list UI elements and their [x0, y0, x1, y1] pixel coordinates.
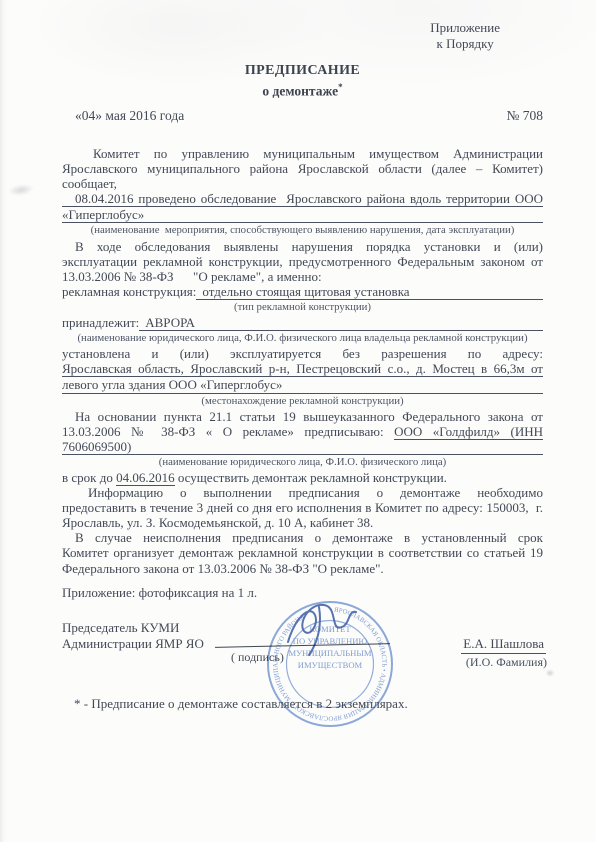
order-line2-text: 13.03.2006 № 38-ФЗ « О рекламе» предписы… — [62, 424, 394, 439]
owner-label: принадлежит: — [62, 315, 139, 331]
deadline-post: осуществить демонтаж рекламной конструкц… — [175, 470, 447, 485]
info-line1: Информацию о выполнении предписания о де… — [62, 485, 543, 500]
title-block: ПРЕДПИСАНИЕ о демонтаже* — [62, 63, 543, 100]
stamp-center-line: КОМИТЕТ — [309, 624, 351, 634]
official-title-line1: Председатель КУМИ — [62, 620, 204, 636]
survey-field-line1: 08.04.2016 проведено обследование Яросла… — [62, 191, 543, 207]
footnote: * - Предписание о демонтаже составляется… — [74, 696, 408, 712]
order-line2: 13.03.2006 № 38-ФЗ « О рекламе» предписы… — [62, 424, 543, 439]
paragraph-committee-line3: сообщает, — [62, 176, 543, 191]
subtitle-text: о демонтаже — [262, 84, 338, 99]
official-title-line2: Администрации ЯМР ЯО — [62, 636, 204, 652]
stamp-center-text: КОМИТЕТ ПО УПРАВЛЕНИЮ МУНИЦИПАЛЬНЫМ ИМУЩ… — [288, 624, 371, 670]
stamp-center-line: МУНИЦИПАЛЬНЫМ — [288, 648, 371, 658]
construction-label: рекламная конструкция: — [62, 284, 196, 300]
scan-smudge — [3, 181, 39, 200]
violation-line2: эксплуатации рекламной конструкции, пред… — [62, 254, 543, 269]
construction-caption: (тип рекламной конструкции) — [62, 300, 543, 315]
stamp-center-line: ИМУЩЕСТВОМ — [298, 660, 363, 670]
owner-field: принадлежит: АВРОРА — [62, 315, 543, 331]
address-intro: установлена и (или) эксплуатируется без … — [62, 346, 543, 361]
order-line1: На основании пункта 21.1 статьи 19 вышеу… — [62, 409, 543, 424]
address-line1: Ярославская область, Ярославский р-н, Пе… — [62, 361, 543, 377]
survey-field-caption: (наименование мероприятия, способствующе… — [62, 223, 543, 238]
paragraph-committee-line1: Комитет по управлению муниципальным имущ… — [62, 146, 543, 161]
attachment-line: Приложение: фотофиксация на 1 л. — [62, 585, 543, 600]
signature-caption: ( подпись) — [231, 650, 284, 665]
order-caption: (наименование юридического лица, Ф.И.О. … — [62, 455, 543, 470]
violation-line1: В ходе обследования выявлены нарушения п… — [62, 239, 543, 254]
noncompliance-line3: Федерального закона от 13.03.2006 № 38-Ф… — [62, 561, 543, 576]
owner-value: АВРОРА — [139, 315, 543, 331]
handwritten-signature — [288, 605, 356, 655]
appendix-note: Приложение к Порядку — [430, 20, 500, 52]
page-title: ПРЕДПИСАНИЕ — [62, 63, 543, 79]
order-line3: 7606069500) — [62, 439, 543, 455]
signee-name: Е.А. Шашлова — [461, 636, 546, 654]
address-caption: (местонахождение рекламной конструкции) — [62, 394, 543, 409]
owner-caption: (наименование юридического лица, Ф.И.О. … — [62, 331, 543, 346]
footnote-mark: * — [338, 82, 343, 92]
address-line2: левого угла здания ООО «Гиперглобус» — [62, 377, 543, 393]
deadline-line: в срок до 04.06.2016 осуществить демонта… — [62, 470, 543, 485]
deadline-date: 04.06.2016 — [116, 470, 175, 486]
document-number: № 708 — [506, 108, 543, 124]
violation-line3: 13.03.2006 № 38-ФЗ "О рекламе", а именно… — [62, 269, 543, 284]
signature-line — [215, 643, 390, 648]
page-subtitle: о демонтаже* — [62, 79, 543, 100]
info-line3: Ярославль, ул. З. Космодемьянской, д. 10… — [62, 515, 543, 530]
noncompliance-line1: В случае неисполнения предписания о демо… — [62, 530, 543, 545]
document-body: Комитет по управлению муниципальным имущ… — [62, 146, 543, 600]
official-title: Председатель КУМИ Администрации ЯМР ЯО — [62, 620, 204, 652]
info-line2: предоставить в течение 3 дней со дня его… — [62, 500, 543, 515]
date-number-row: «04» мая 2016 года № 708 — [62, 108, 543, 124]
order-line2-underlined: ООО «Голдфилд» (ИНН — [394, 424, 543, 440]
construction-value: отдельно стоящая щитовая установка — [196, 284, 543, 300]
document-page: Приложение к Порядку ПРЕДПИСАНИЕ о демон… — [0, 0, 596, 842]
survey-field-line2: «Гиперглобус» — [62, 207, 543, 223]
stamp-inner-ring — [287, 621, 374, 708]
noncompliance-line2: Комитет организует демонтаж рекламной ко… — [62, 545, 543, 560]
paragraph-committee-line2: Ярославского муниципального района Яросл… — [62, 161, 543, 176]
signee-name-caption: (И.О. Фамилия) — [466, 655, 547, 670]
appendix-line: Приложение — [430, 20, 500, 36]
document-date: «04» мая 2016 года — [62, 108, 184, 124]
deadline-pre: в срок до — [62, 470, 116, 485]
construction-field: рекламная конструкция: отдельно стоящая … — [62, 284, 543, 300]
appendix-line: к Порядку — [430, 36, 500, 52]
